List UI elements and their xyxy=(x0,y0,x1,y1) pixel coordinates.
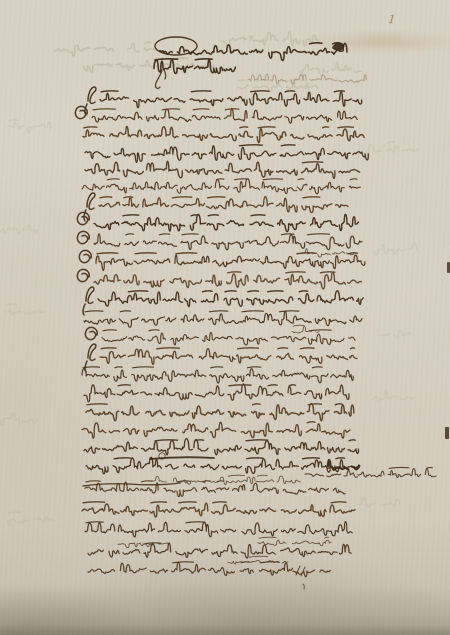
script-stroke xyxy=(222,32,318,47)
page-edge-ink-mark xyxy=(445,427,449,439)
script-stroke xyxy=(85,327,97,339)
script-stroke xyxy=(85,522,352,537)
script-stroke xyxy=(155,37,197,55)
script-stroke xyxy=(238,80,317,92)
script-stroke xyxy=(366,142,417,155)
script-stroke xyxy=(118,543,168,548)
script-stroke xyxy=(0,225,38,233)
script-stroke xyxy=(79,250,91,262)
script-stroke xyxy=(85,161,360,178)
script-stroke xyxy=(96,253,365,271)
script-stroke xyxy=(82,367,353,383)
script-stroke xyxy=(99,197,348,213)
script-stroke xyxy=(100,91,362,108)
script-stroke xyxy=(100,348,357,365)
script-stroke xyxy=(84,439,358,455)
manuscript-page: 1 xyxy=(0,0,450,635)
script-stroke xyxy=(94,234,362,250)
script-stroke xyxy=(292,325,319,333)
script-stroke xyxy=(55,45,114,56)
script-stroke xyxy=(300,62,361,76)
script-stroke xyxy=(88,543,351,558)
script-stroke xyxy=(82,422,350,438)
script-stroke xyxy=(372,390,415,402)
script-stroke xyxy=(94,272,361,289)
script-stroke xyxy=(154,59,236,74)
script-stroke xyxy=(98,291,363,307)
script-stroke xyxy=(8,120,51,133)
script-stroke xyxy=(228,556,288,564)
script-stroke xyxy=(88,562,330,577)
script-stroke xyxy=(160,43,347,61)
body-script-group xyxy=(75,87,436,577)
script-stroke xyxy=(303,584,304,589)
script-stroke xyxy=(328,460,359,470)
script-stroke xyxy=(258,537,331,545)
script-stroke xyxy=(85,145,368,163)
script-stroke xyxy=(82,502,355,517)
page-bottom-shadow xyxy=(0,625,450,635)
script-stroke xyxy=(380,331,409,339)
script-stroke xyxy=(94,214,358,231)
script-stroke xyxy=(77,231,89,243)
script-stroke xyxy=(85,344,96,372)
script-stroke xyxy=(86,457,359,474)
script-stroke xyxy=(86,403,354,420)
script-stroke xyxy=(8,512,53,525)
script-stroke xyxy=(305,467,436,477)
script-stroke xyxy=(360,498,400,507)
script-stroke xyxy=(82,179,360,194)
script-stroke xyxy=(77,269,89,281)
script-stroke xyxy=(75,106,87,118)
script-stroke xyxy=(84,384,349,402)
script-stroke xyxy=(92,108,357,123)
script-stroke xyxy=(4,304,45,315)
script-stroke xyxy=(0,413,38,425)
script-stroke xyxy=(155,70,165,88)
script-stroke xyxy=(374,243,417,255)
script-stroke xyxy=(83,126,364,142)
script-stroke xyxy=(84,311,362,328)
handwriting-layer xyxy=(0,0,450,635)
script-stroke xyxy=(128,42,157,53)
